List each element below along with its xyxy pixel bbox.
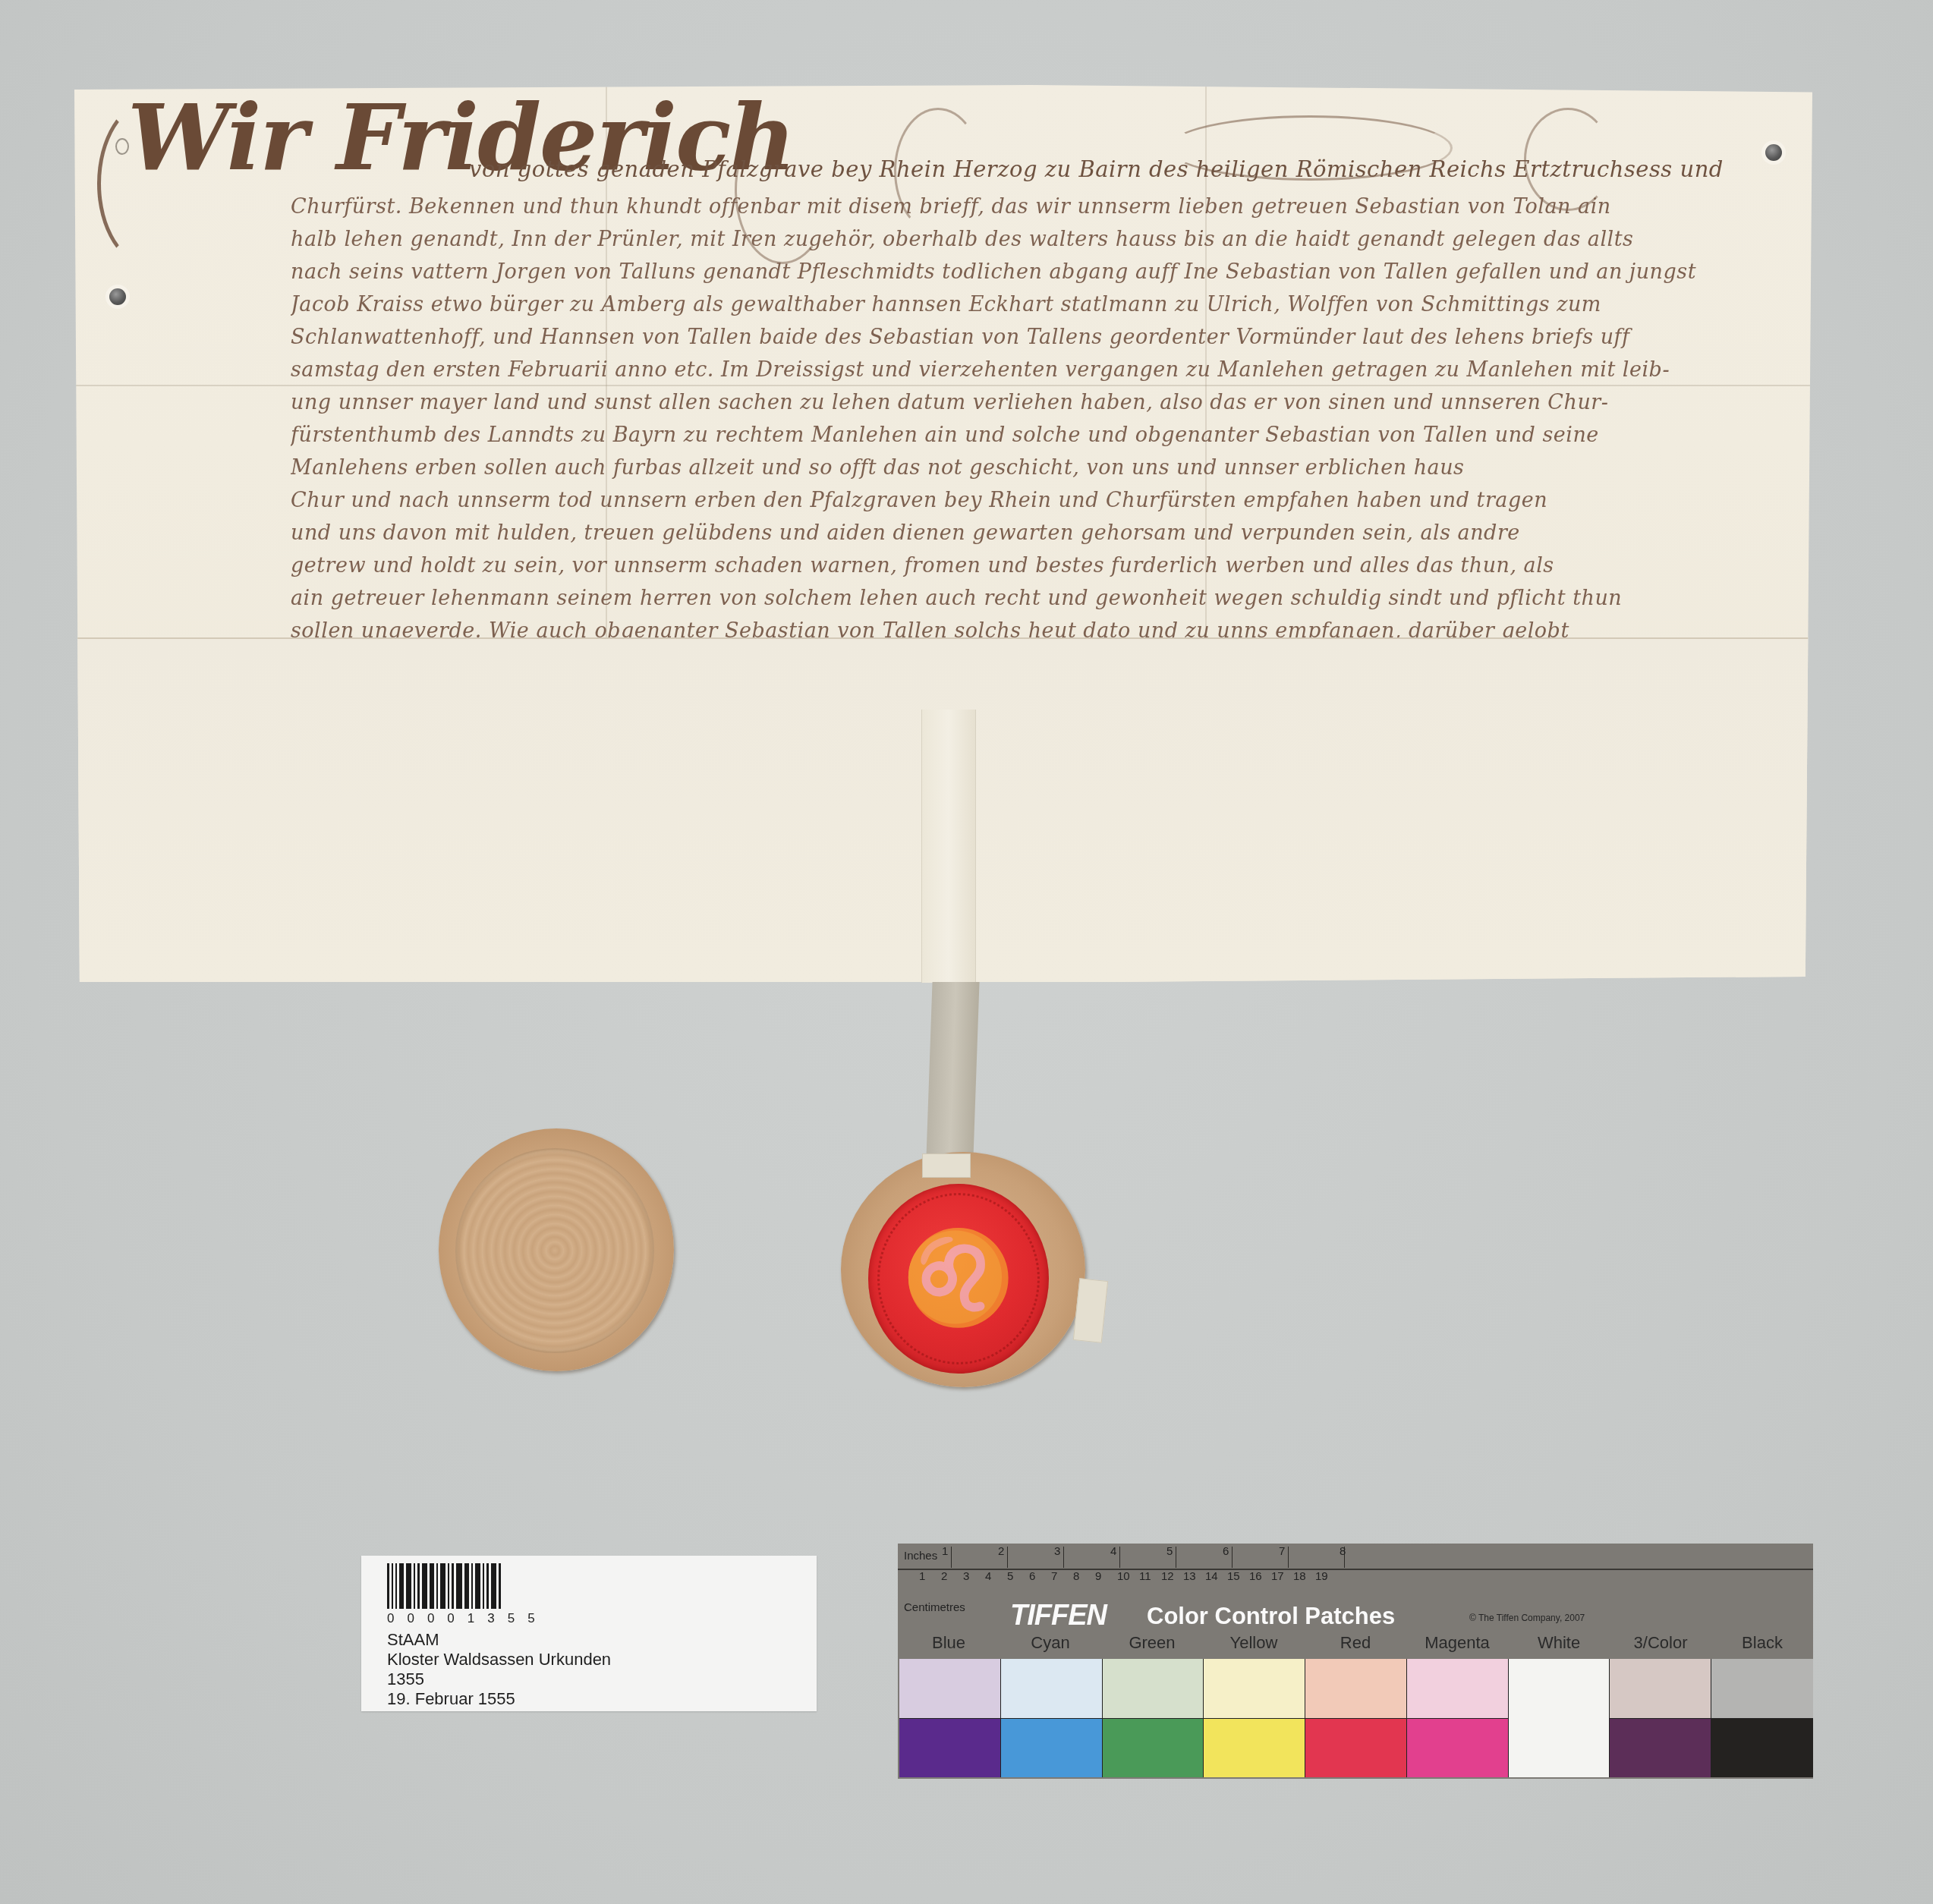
wood-grain (455, 1148, 654, 1353)
red-wax-seal: ♌ (868, 1184, 1049, 1374)
patch-label: White (1508, 1633, 1610, 1659)
patch-yellow (1204, 1659, 1305, 1777)
color-patches (899, 1659, 1813, 1777)
text-line: Jacob Kraiss etwo bürger zu Amberg als g… (291, 291, 1733, 319)
seal-strap (925, 982, 979, 1179)
text-line: fürstenthumb des Lanndts zu Bayrn zu rec… (291, 422, 1733, 449)
color-control-card: Inches 1 2 3 4 5 6 7 8 1 2 3 4 5 6 7 8 9… (898, 1544, 1813, 1779)
text-line: Churfürst. Bekennen und thun khundt offe… (291, 194, 1733, 221)
patch-3color (1610, 1659, 1711, 1777)
strap-wrap (922, 1153, 971, 1178)
patch-label: Blue (898, 1633, 1000, 1659)
text-line: ain getreuer lehenmann seinem herren von… (291, 585, 1733, 612)
patch-label: Red (1305, 1633, 1406, 1659)
text-line: nach seins vattern Jorgen von Talluns ge… (291, 259, 1733, 286)
fold-line (74, 385, 1812, 386)
inch-ruler: Inches 1 2 3 4 5 6 7 8 (898, 1544, 1813, 1570)
card-copyright: © The Tiffen Company, 2007 (1469, 1613, 1585, 1623)
patch-blue (899, 1659, 1001, 1777)
card-heading: Color Control Patches (1147, 1603, 1395, 1630)
seal-box-lid (439, 1128, 674, 1371)
patch-cyan (1001, 1659, 1103, 1777)
patch-red (1305, 1659, 1407, 1777)
patch-label: Magenta (1406, 1633, 1508, 1659)
patch-labels: Blue Cyan Green Yellow Red Magenta White… (898, 1633, 1813, 1659)
text-line: und uns davon mit hulden, treuen gelübde… (291, 520, 1733, 547)
text-line: samstag den ersten Februarii anno etc. I… (291, 357, 1733, 384)
seal-box: ♌ (841, 1152, 1085, 1387)
seal-strap-upper (921, 710, 976, 983)
patch-white (1509, 1659, 1610, 1777)
text-line: Chur und nach unnserm tod unnsern erben … (291, 487, 1733, 515)
text-line: halb lehen genandt, Inn der Prünler, mit… (291, 226, 1733, 253)
barcode-icon (387, 1563, 503, 1609)
barcode-digits: 00001355 (387, 1611, 548, 1626)
patch-label: Yellow (1203, 1633, 1305, 1659)
strap-tab (1073, 1278, 1108, 1343)
archive-label: 00001355 StAAM Kloster Waldsassen Urkund… (361, 1556, 817, 1711)
patch-label: Green (1101, 1633, 1203, 1659)
card-title-row: TIFFEN Color Control Patches © The Tiffe… (904, 1598, 1813, 1629)
collection-name: Kloster Waldsassen Urkunden (387, 1650, 611, 1670)
tiffen-logo: TIFFEN (1010, 1600, 1107, 1632)
text-line: von gottes genaden Pfalzgrave bey Rhein … (469, 156, 1797, 183)
text-line: getrew und holdt zu sein, vor unnserm sc… (291, 552, 1733, 580)
archive-name: StAAM (387, 1630, 439, 1650)
mounting-pin-icon (109, 288, 126, 305)
record-date: 19. Februar 1555 (387, 1689, 515, 1709)
text-line: Schlanwattenhoff, und Hannsen von Tallen… (291, 324, 1733, 351)
ruler-inches-label: Inches (904, 1550, 937, 1563)
patch-black (1711, 1659, 1813, 1777)
record-number: 1355 (387, 1670, 424, 1689)
centimetre-ruler: 1 2 3 4 5 6 7 8 9 10 11 12 13 14 15 16 1… (898, 1570, 1813, 1593)
patch-label: 3/Color (1610, 1633, 1711, 1659)
patch-green (1103, 1659, 1204, 1777)
text-line: ung unnser mayer land und sunst allen sa… (291, 389, 1733, 417)
text-line: Manlehens erben sollen auch furbas allze… (291, 455, 1733, 482)
patch-magenta (1407, 1659, 1509, 1777)
seal-lion-icon: ♌ (902, 1226, 1015, 1332)
patch-label: Black (1711, 1633, 1813, 1659)
patch-label: Cyan (1000, 1633, 1101, 1659)
